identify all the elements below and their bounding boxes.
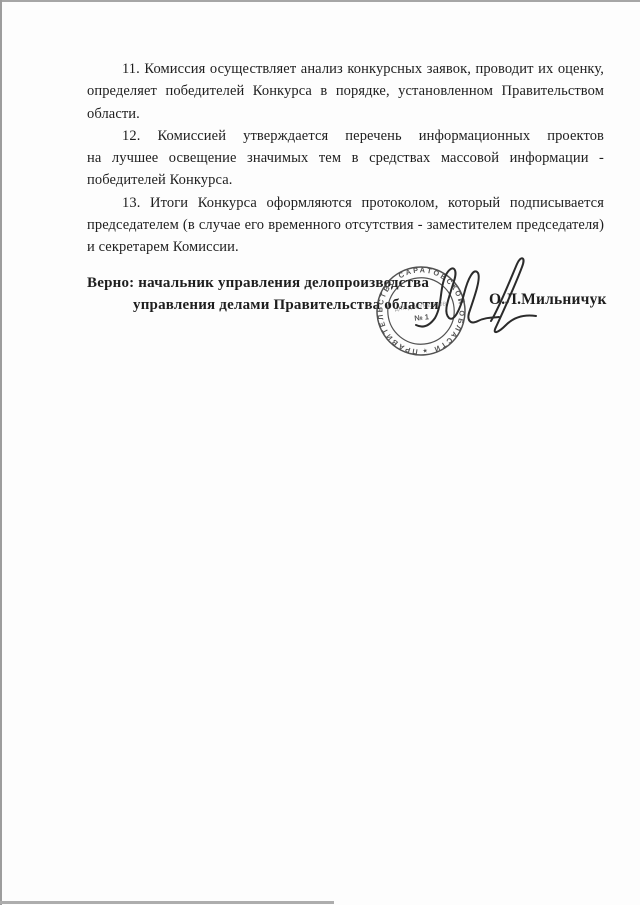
body-line: 12. Комиссией утверждается перечень инфо…	[87, 125, 604, 147]
body-line: победителей Конкурса.	[87, 169, 604, 191]
certification-block: Верно: начальник управления делопроизвод…	[87, 272, 439, 316]
body-line: определяет победителей Конкурса в порядк…	[87, 80, 604, 102]
stamp-bottom-mark: ★	[422, 347, 428, 355]
signer-name: О.Л.Мильничук	[489, 291, 607, 309]
scan-edge-bottom	[0, 901, 334, 904]
certification-line-1: Верно: начальник управления делопроизвод…	[87, 272, 439, 294]
body-line: области.	[87, 103, 604, 125]
scan-edge-top	[0, 0, 640, 2]
body-line: 11. Комиссия осуществляет анализ конкурс…	[87, 58, 604, 80]
body-line: председателем (в случае его временного о…	[87, 214, 604, 236]
body-line: и секретарем Комиссии.	[87, 236, 604, 258]
certification-line-2: управления делами Правительства области	[133, 294, 439, 316]
document-body: 11. Комиссия осуществляет анализ конкурс…	[87, 58, 604, 259]
body-line: на лучшее освещение значимых тем в средс…	[87, 147, 604, 169]
body-line: 13. Итоги Конкурса оформляются протоколо…	[87, 192, 604, 214]
scanned-document-page: { "page": { "background": "#fdfdfd", "ed…	[0, 0, 640, 905]
scan-edge-left	[0, 0, 2, 905]
